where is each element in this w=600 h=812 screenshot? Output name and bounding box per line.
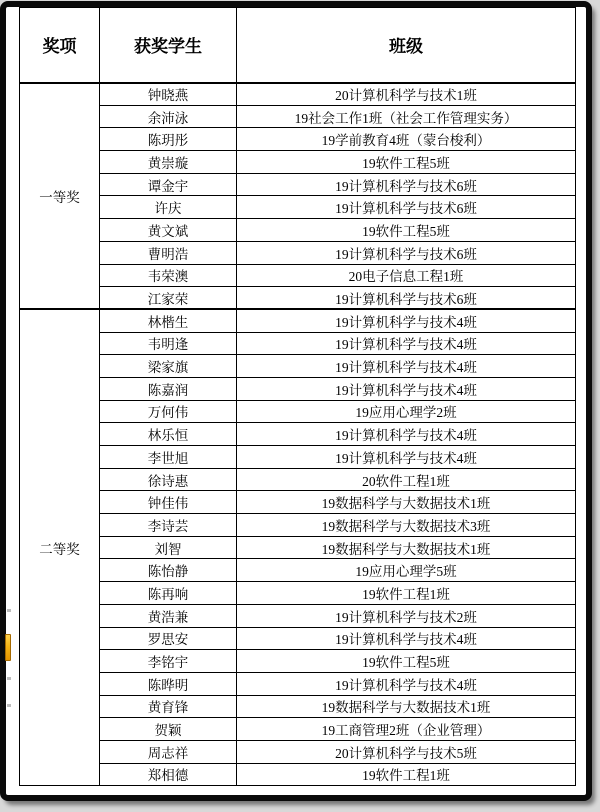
- class-name: 20计算机科学与技术5班: [237, 740, 576, 763]
- class-name: 19计算机科学与技术4班: [237, 672, 576, 695]
- table-row: 梁家旗19计算机科学与技术4班: [20, 355, 576, 378]
- student-name: 陈嘉润: [100, 377, 237, 400]
- student-name: 黄崇璇: [100, 151, 237, 174]
- student-name: 李诗芸: [100, 514, 237, 537]
- table-row: 贺颖19工商管理2班（企业管理）: [20, 718, 576, 741]
- table-row: 陈玥彤19学前教育4班（蒙台梭利）: [20, 128, 576, 151]
- class-name: 19计算机科学与技术4班: [237, 446, 576, 469]
- student-name: 陈怡静: [100, 559, 237, 582]
- class-name: 19计算机科学与技术4班: [237, 627, 576, 650]
- margin-tick: [7, 609, 11, 612]
- class-name: 19软件工程5班: [237, 650, 576, 673]
- table-row: 钟佳伟19数据科学与大数据技术1班: [20, 491, 576, 514]
- class-name: 19应用心理学2班: [237, 400, 576, 423]
- student-name: 黄文斌: [100, 219, 237, 242]
- student-name: 李铭宇: [100, 650, 237, 673]
- header-row: 奖项 获奖学生 班级: [20, 8, 576, 83]
- header-award: 奖项: [20, 8, 100, 83]
- class-name: 19应用心理学5班: [237, 559, 576, 582]
- class-name: 19软件工程1班: [237, 582, 576, 605]
- table-row: 万何伟19应用心理学2班: [20, 400, 576, 423]
- student-name: 韦明逢: [100, 332, 237, 355]
- class-name: 19计算机科学与技术4班: [237, 332, 576, 355]
- class-name: 19学前教育4班（蒙台梭利）: [237, 128, 576, 151]
- student-name: 陈晔明: [100, 672, 237, 695]
- table-row: 一等奖钟晓燕20计算机科学与技术1班: [20, 83, 576, 106]
- margin-tick: [7, 704, 11, 707]
- table-row: 陈怡静19应用心理学5班: [20, 559, 576, 582]
- table-row: 黄文斌19软件工程5班: [20, 219, 576, 242]
- table-row: 李铭宇19软件工程5班: [20, 650, 576, 673]
- class-name: 19社会工作1班（社会工作管理实务）: [237, 105, 576, 128]
- student-name: 许庆: [100, 196, 237, 219]
- award-cell: 二等奖: [20, 309, 100, 785]
- class-name: 19工商管理2班（企业管理）: [237, 718, 576, 741]
- table-row: 李世旭19计算机科学与技术4班: [20, 446, 576, 469]
- student-name: 黄浩兼: [100, 604, 237, 627]
- student-name: 徐诗惠: [100, 468, 237, 491]
- table-row: 刘智19数据科学与大数据技术1班: [20, 536, 576, 559]
- table-row: 林乐恒19计算机科学与技术4班: [20, 423, 576, 446]
- class-name: 19软件工程1班: [237, 763, 576, 786]
- header-student: 获奖学生: [100, 8, 237, 83]
- table-header: 奖项 获奖学生 班级: [20, 8, 576, 83]
- class-name: 20电子信息工程1班: [237, 264, 576, 287]
- table-row: 谭金宇19计算机科学与技术6班: [20, 173, 576, 196]
- table-row: 曹明浩19计算机科学与技术6班: [20, 241, 576, 264]
- student-name: 陈玥彤: [100, 128, 237, 151]
- student-name: 谭金宇: [100, 173, 237, 196]
- student-name: 李世旭: [100, 446, 237, 469]
- table-row: 陈再响19软件工程1班: [20, 582, 576, 605]
- class-name: 19软件工程5班: [237, 219, 576, 242]
- student-name: 林乐恒: [100, 423, 237, 446]
- class-name: 19数据科学与大数据技术3班: [237, 514, 576, 537]
- table-row: 韦荣澳20电子信息工程1班: [20, 264, 576, 287]
- student-name: 周志祥: [100, 740, 237, 763]
- margin-tick: [7, 677, 11, 680]
- table-row: 二等奖林楷生19计算机科学与技术4班: [20, 309, 576, 332]
- award-cell: 一等奖: [20, 83, 100, 310]
- table-row: 郑相德19软件工程1班: [20, 763, 576, 786]
- student-name: 黄育锋: [100, 695, 237, 718]
- class-name: 19计算机科学与技术4班: [237, 309, 576, 332]
- class-name: 19计算机科学与技术4班: [237, 377, 576, 400]
- class-name: 19计算机科学与技术6班: [237, 196, 576, 219]
- page-frame: 奖项 获奖学生 班级 一等奖钟晓燕20计算机科学与技术1班余沛泳19社会工作1班…: [0, 1, 592, 801]
- awards-table: 奖项 获奖学生 班级 一等奖钟晓燕20计算机科学与技术1班余沛泳19社会工作1班…: [19, 7, 576, 786]
- class-name: 19数据科学与大数据技术1班: [237, 536, 576, 559]
- student-name: 江家荣: [100, 287, 237, 310]
- class-name: 19软件工程5班: [237, 151, 576, 174]
- student-name: 林楷生: [100, 309, 237, 332]
- class-name: 19计算机科学与技术6班: [237, 287, 576, 310]
- student-name: 梁家旗: [100, 355, 237, 378]
- table-row: 陈嘉润19计算机科学与技术4班: [20, 377, 576, 400]
- table-row: 黄崇璇19软件工程5班: [20, 151, 576, 174]
- student-name: 曹明浩: [100, 241, 237, 264]
- student-name: 罗思安: [100, 627, 237, 650]
- class-name: 19计算机科学与技术4班: [237, 423, 576, 446]
- table-row: 陈晔明19计算机科学与技术4班: [20, 672, 576, 695]
- table-row: 许庆19计算机科学与技术6班: [20, 196, 576, 219]
- class-name: 20软件工程1班: [237, 468, 576, 491]
- awards-table-body: 一等奖钟晓燕20计算机科学与技术1班余沛泳19社会工作1班（社会工作管理实务）陈…: [20, 83, 576, 786]
- class-name: 19数据科学与大数据技术1班: [237, 491, 576, 514]
- student-name: 郑相德: [100, 763, 237, 786]
- table-row: 韦明逢19计算机科学与技术4班: [20, 332, 576, 355]
- student-name: 万何伟: [100, 400, 237, 423]
- student-name: 贺颖: [100, 718, 237, 741]
- class-name: 19数据科学与大数据技术1班: [237, 695, 576, 718]
- class-name: 19计算机科学与技术6班: [237, 173, 576, 196]
- student-name: 刘智: [100, 536, 237, 559]
- student-name: 陈再响: [100, 582, 237, 605]
- edge-marker: [5, 634, 11, 661]
- table-row: 周志祥20计算机科学与技术5班: [20, 740, 576, 763]
- table-row: 余沛泳19社会工作1班（社会工作管理实务）: [20, 105, 576, 128]
- student-name: 余沛泳: [100, 105, 237, 128]
- class-name: 19计算机科学与技术6班: [237, 241, 576, 264]
- table-row: 黄育锋19数据科学与大数据技术1班: [20, 695, 576, 718]
- class-name: 20计算机科学与技术1班: [237, 83, 576, 106]
- table-row: 李诗芸19数据科学与大数据技术3班: [20, 514, 576, 537]
- header-class: 班级: [237, 8, 576, 83]
- class-name: 19计算机科学与技术4班: [237, 355, 576, 378]
- table-row: 罗思安19计算机科学与技术4班: [20, 627, 576, 650]
- student-name: 钟佳伟: [100, 491, 237, 514]
- table-row: 徐诗惠20软件工程1班: [20, 468, 576, 491]
- student-name: 钟晓燕: [100, 83, 237, 106]
- class-name: 19计算机科学与技术2班: [237, 604, 576, 627]
- table-row: 江家荣19计算机科学与技术6班: [20, 287, 576, 310]
- student-name: 韦荣澳: [100, 264, 237, 287]
- table-row: 黄浩兼19计算机科学与技术2班: [20, 604, 576, 627]
